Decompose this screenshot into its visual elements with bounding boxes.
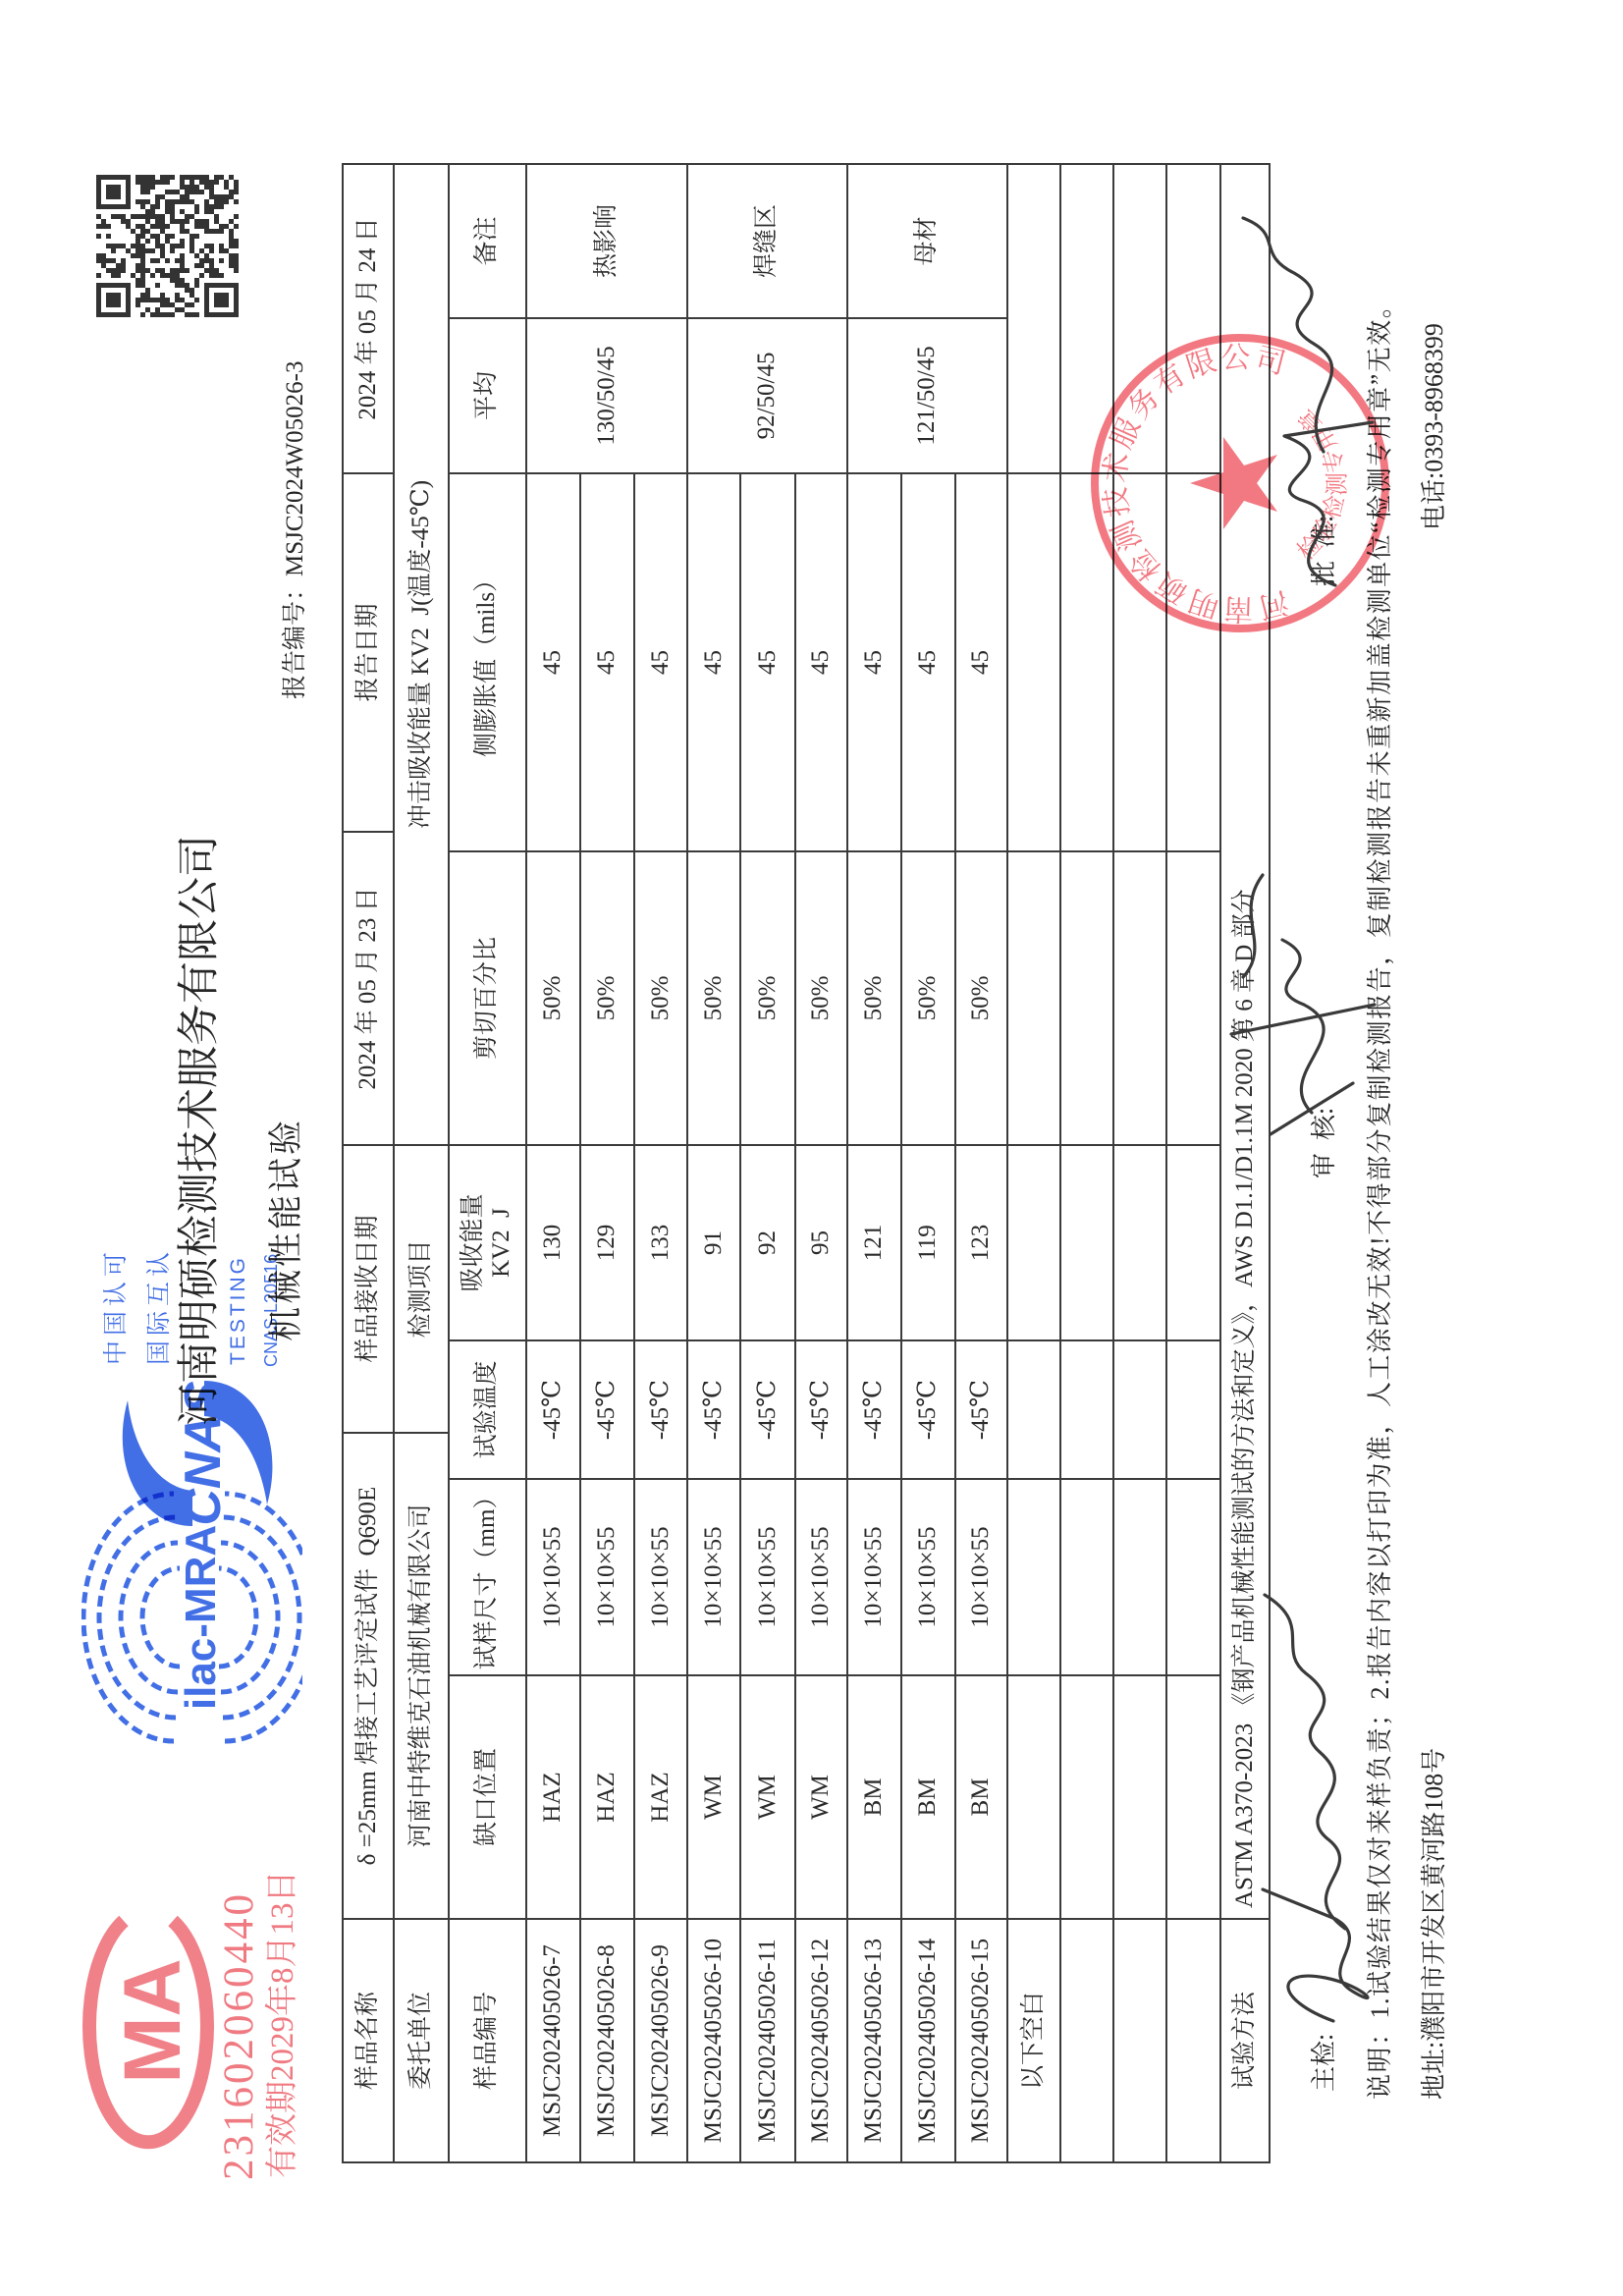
blank-cell bbox=[1007, 851, 1060, 1145]
col-header-temp: 试验温度 bbox=[449, 1340, 526, 1479]
cma-logo-text: MA bbox=[108, 1958, 197, 2084]
report-number-label: 报告编号： bbox=[282, 576, 308, 699]
cell-energy: 95 bbox=[795, 1145, 847, 1340]
cell-temp: -45℃ bbox=[740, 1340, 795, 1479]
blank-cell bbox=[1007, 1340, 1060, 1479]
cnas-text-testing: TESTING bbox=[228, 1255, 248, 1365]
receive-date-label: 样品接收日期 bbox=[343, 1145, 394, 1433]
blank-row: 以下空白 bbox=[1007, 164, 1060, 2162]
cell-lateral: 45 bbox=[901, 473, 955, 851]
client-value: 河南中特维克石油机械有限公司 bbox=[394, 1433, 449, 1919]
reviewer-signature bbox=[1214, 857, 1382, 1152]
cell-shear: 50% bbox=[740, 851, 795, 1145]
client-label: 委托单位 bbox=[394, 1919, 449, 2162]
sample-name-value: δ =25mm 焊接工艺评定试件 Q690E bbox=[343, 1433, 394, 1919]
cell-size: 10×10×55 bbox=[580, 1479, 634, 1675]
cell-sample-no: MSJC202405026-8 bbox=[580, 1919, 634, 2162]
cell-energy: 133 bbox=[634, 1145, 687, 1340]
cell-shear: 50% bbox=[580, 851, 634, 1145]
info-row-sample: 样品名称 δ =25mm 焊接工艺评定试件 Q690E 样品接收日期 2024 … bbox=[343, 164, 394, 2162]
cell-energy: 119 bbox=[901, 1145, 955, 1340]
cell-notch: HAZ bbox=[580, 1675, 634, 1919]
cma-certificate-number: 231602060440 bbox=[218, 1891, 260, 2180]
cell-lateral: 45 bbox=[740, 473, 795, 851]
blank-cell bbox=[1166, 1675, 1220, 1919]
blank-below-label: 以下空白 bbox=[1007, 1919, 1060, 2162]
blank-cell bbox=[1113, 851, 1166, 1145]
cell-shear: 50% bbox=[634, 851, 687, 1145]
cell-lateral: 45 bbox=[634, 473, 687, 851]
cell-notch: WM bbox=[687, 1675, 740, 1919]
cnas-logo-icon: CNAS bbox=[110, 1375, 282, 1532]
cell-notch: BM bbox=[847, 1675, 901, 1919]
cell-sample-no: MSJC202405026-15 bbox=[955, 1919, 1007, 2162]
cnas-logo-text: CNAS bbox=[175, 1381, 232, 1526]
cell-sample-no: MSJC202405026-13 bbox=[847, 1919, 901, 2162]
cell-shear: 50% bbox=[955, 851, 1007, 1145]
cma-logo-icon: MA bbox=[81, 1900, 216, 2151]
blank-cell bbox=[1113, 1675, 1166, 1919]
cell-temp: -45℃ bbox=[847, 1340, 901, 1479]
cell-average: 92/50/45 bbox=[687, 318, 847, 473]
cell-lateral: 45 bbox=[580, 473, 634, 851]
cell-shear: 50% bbox=[847, 851, 901, 1145]
blank-cell bbox=[1113, 1340, 1166, 1479]
cell-average: 130/50/45 bbox=[526, 318, 687, 473]
cell-size: 10×10×55 bbox=[740, 1479, 795, 1675]
cell-size: 10×10×55 bbox=[955, 1479, 1007, 1675]
blank-cell bbox=[1113, 1919, 1166, 2162]
cell-lateral: 45 bbox=[847, 473, 901, 851]
table-row: MSJC202405026-10 WM 10×10×55 -45℃ 91 50%… bbox=[687, 164, 740, 2162]
blank-cell bbox=[1166, 1340, 1220, 1479]
blank-cell bbox=[1060, 1145, 1113, 1340]
cell-sample-no: MSJC202405026-10 bbox=[687, 1919, 740, 2162]
cell-remark: 焊缝区 bbox=[687, 164, 847, 318]
lab-address: 地址:濮阳市开发区黄河路108号 bbox=[1422, 1748, 1447, 2100]
blank-cell bbox=[1007, 164, 1060, 473]
cell-notch: BM bbox=[955, 1675, 1007, 1919]
col-header-energy: 吸收能量 KV2 J bbox=[449, 1145, 526, 1340]
cell-size: 10×10×55 bbox=[901, 1479, 955, 1675]
ilac-logo-text: ilac-MRA bbox=[177, 1525, 225, 1710]
report-number: 报告编号：MSJC2024W05026-3 bbox=[283, 361, 307, 699]
report-date-value: 2024 年 05 月 24 日 bbox=[343, 164, 394, 473]
cnas-text-mutual-recognition: 国际互认 bbox=[147, 1247, 172, 1365]
col-header-notch: 缺口位置 bbox=[449, 1675, 526, 1919]
cell-temp: -45℃ bbox=[955, 1340, 1007, 1479]
col-header-shear: 剪切百分比 bbox=[449, 851, 526, 1145]
cell-remark: 母材 bbox=[847, 164, 1007, 318]
report-date-label: 报告日期 bbox=[343, 473, 394, 832]
cell-temp: -45℃ bbox=[901, 1340, 955, 1479]
blank-cell bbox=[1166, 1145, 1220, 1340]
col-header-remark: 备注 bbox=[449, 164, 526, 318]
test-item-label: 检测项目 bbox=[394, 1145, 449, 1433]
cnas-text-china-accredited: 中国认可 bbox=[104, 1247, 129, 1365]
cell-size: 10×10×55 bbox=[795, 1479, 847, 1675]
blank-cell bbox=[1060, 851, 1113, 1145]
blank-cell bbox=[1060, 1340, 1113, 1479]
col-header-sample-no: 样品编号 bbox=[449, 1919, 526, 2162]
cell-shear: 50% bbox=[901, 851, 955, 1145]
cell-temp: -45℃ bbox=[634, 1340, 687, 1479]
test-item-value: 冲击吸收能量 KV2 J(温度-45℃) bbox=[394, 164, 449, 1145]
table-row: MSJC202405026-7 HAZ 10×10×55 -45℃ 130 50… bbox=[526, 164, 580, 2162]
blank-cell bbox=[1166, 1919, 1220, 2162]
cell-average: 121/50/45 bbox=[847, 318, 1007, 473]
cell-size: 10×10×55 bbox=[847, 1479, 901, 1675]
blank-cell bbox=[1060, 1675, 1113, 1919]
blank-cell bbox=[1007, 1479, 1060, 1675]
cell-lateral: 45 bbox=[955, 473, 1007, 851]
cell-energy: 121 bbox=[847, 1145, 901, 1340]
cell-size: 10×10×55 bbox=[526, 1479, 580, 1675]
cma-validity: 有效期2029年8月13日 bbox=[267, 1871, 299, 2179]
cell-lateral: 45 bbox=[687, 473, 740, 851]
inspector-label: 主检: bbox=[1312, 2034, 1337, 2092]
cell-shear: 50% bbox=[687, 851, 740, 1145]
cell-sample-no: MSJC202405026-12 bbox=[795, 1919, 847, 2162]
blank-cell bbox=[1166, 1479, 1220, 1675]
cell-shear: 50% bbox=[795, 851, 847, 1145]
cell-energy: 92 bbox=[740, 1145, 795, 1340]
cnas-accreditation-number: CNAS L20516 bbox=[262, 1254, 280, 1367]
cell-sample-no: MSJC202405026-14 bbox=[901, 1919, 955, 2162]
blank-cell bbox=[1113, 1145, 1166, 1340]
cell-temp: -45℃ bbox=[526, 1340, 580, 1479]
lab-phone: 电话:0393-8968399 bbox=[1422, 323, 1447, 530]
cell-energy: 129 bbox=[580, 1145, 634, 1340]
table-header-row: 样品编号 缺口位置 试样尺寸（mm） 试验温度 吸收能量 KV2 J 剪切百分比… bbox=[449, 164, 526, 2162]
cell-sample-no: MSJC202405026-7 bbox=[526, 1919, 580, 2162]
col-header-lateral: 侧膨胀值（mils） bbox=[449, 473, 526, 851]
company-name: 河南明硕检测技术服务有限公司 bbox=[179, 835, 221, 1426]
blank-cell bbox=[1113, 1479, 1166, 1675]
table-row: MSJC202405026-13 BM 10×10×55 -45℃ 121 50… bbox=[847, 164, 901, 2162]
col-header-energy-line1: 吸收能量 bbox=[460, 1146, 488, 1339]
cell-temp: -45℃ bbox=[687, 1340, 740, 1479]
col-header-energy-line2: KV2 J bbox=[488, 1146, 516, 1339]
cell-energy: 130 bbox=[526, 1145, 580, 1340]
cell-temp: -45℃ bbox=[795, 1340, 847, 1479]
cell-notch: WM bbox=[795, 1675, 847, 1919]
blank-cell bbox=[1007, 473, 1060, 851]
blank-cell bbox=[1166, 851, 1220, 1145]
blank-cell bbox=[1060, 1479, 1113, 1675]
receive-date-value: 2024 年 05 月 23 日 bbox=[343, 832, 394, 1145]
cell-energy: 123 bbox=[955, 1145, 1007, 1340]
cell-sample-no: MSJC202405026-11 bbox=[740, 1919, 795, 2162]
cell-sample-no: MSJC202405026-9 bbox=[634, 1919, 687, 2162]
report-number-value: MSJC2024W05026-3 bbox=[282, 361, 308, 576]
col-header-size: 试样尺寸（mm） bbox=[449, 1479, 526, 1675]
blank-cell bbox=[1007, 1675, 1060, 1919]
cell-notch: HAZ bbox=[634, 1675, 687, 1919]
cell-size: 10×10×55 bbox=[687, 1479, 740, 1675]
cell-notch: HAZ bbox=[526, 1675, 580, 1919]
report-page: 报告编号：MSJC2024W05026-3 河南明硕检测技术服务有限公司 机械性… bbox=[0, 0, 1623, 2296]
cell-lateral: 45 bbox=[795, 473, 847, 851]
blank-cell bbox=[1007, 1145, 1060, 1340]
cell-notch: WM bbox=[740, 1675, 795, 1919]
qr-code-icon bbox=[96, 175, 239, 317]
sample-name-label: 样品名称 bbox=[343, 1919, 394, 2162]
cell-energy: 91 bbox=[687, 1145, 740, 1340]
cell-shear: 50% bbox=[526, 851, 580, 1145]
info-row-client: 委托单位 河南中特维克石油机械有限公司 检测项目 冲击吸收能量 KV2 J(温度… bbox=[394, 164, 449, 2162]
cell-temp: -45℃ bbox=[580, 1340, 634, 1479]
approver-signature bbox=[1225, 206, 1382, 599]
cell-notch: BM bbox=[901, 1675, 955, 1919]
blank-cell bbox=[1060, 1919, 1113, 2162]
cell-lateral: 45 bbox=[526, 473, 580, 851]
cell-remark: 热影响 bbox=[526, 164, 687, 318]
inspector-signature bbox=[1235, 1577, 1397, 2039]
col-header-average: 平均 bbox=[449, 318, 526, 473]
cell-size: 10×10×55 bbox=[634, 1479, 687, 1675]
